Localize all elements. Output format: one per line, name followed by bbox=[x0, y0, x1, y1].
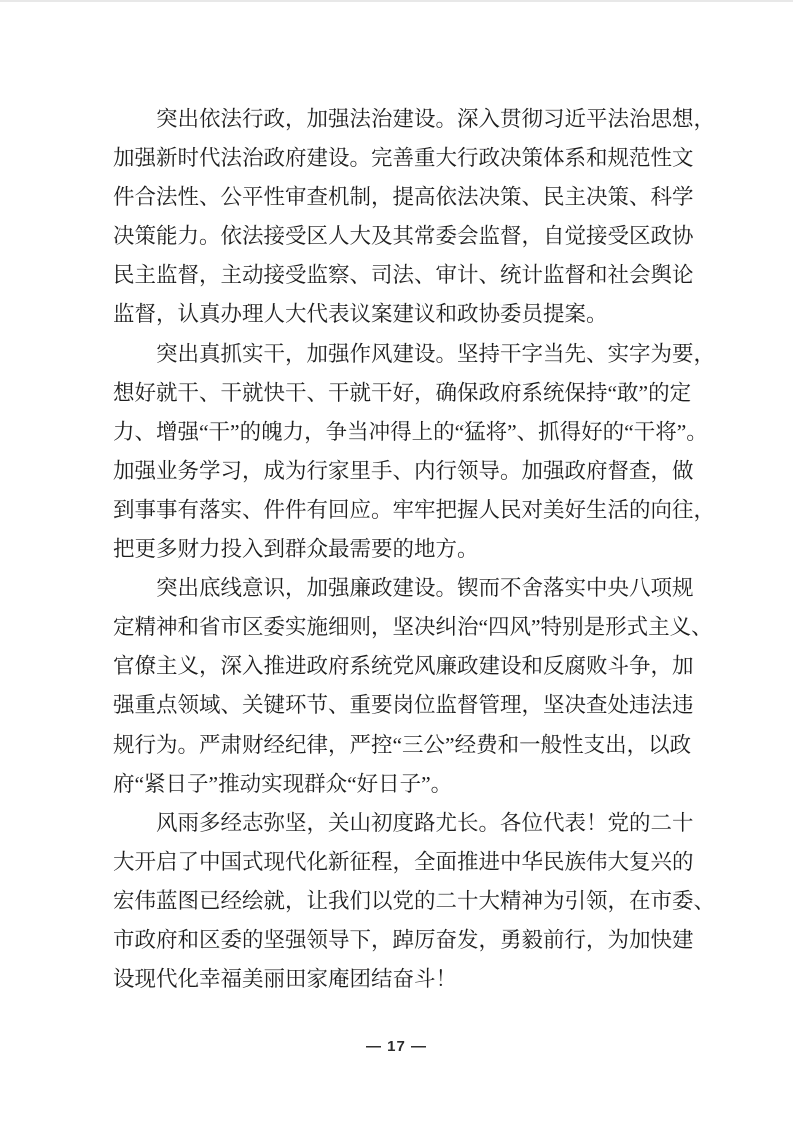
text-line: 监督，认真办理人大代表议案建议和政协委员提案。 bbox=[113, 295, 683, 334]
text-line: 强重点领域、关键环节、重要岗位监督管理，坚决查处违法违 bbox=[113, 686, 683, 725]
page-top-edge bbox=[0, 0, 793, 2]
paragraph-clean-governance: 突出底线意识，加强廉政建设。锲而不舍落实中央八项规 定精神和省市区委实施细则，坚… bbox=[113, 569, 683, 804]
text-line: 市政府和区委的坚强领导下，踔厉奋发，勇毅前行，为加快建 bbox=[113, 921, 683, 960]
text-line: 突出底线意识，加强廉政建设。锲而不舍落实中央八项规 bbox=[113, 569, 683, 608]
text-line: 到事事有落实、件件有回应。牢牢把握人民对美好生活的向往， bbox=[113, 491, 683, 530]
document-body: 突出依法行政，加强法治建设。深入贯彻习近平法治思想， 加强新时代法治政府建设。完… bbox=[113, 100, 683, 999]
text-line: 宏伟蓝图已经绘就，让我们以党的二十大精神为引领，在市委、 bbox=[113, 882, 683, 921]
page-footer: — 17 — bbox=[0, 1038, 793, 1056]
text-line: 加强新时代法治政府建设。完善重大行政决策体系和规范性文 bbox=[113, 139, 683, 178]
text-line: 决策能力。依法接受区人大及其常委会监督，自觉接受区政协 bbox=[113, 217, 683, 256]
text-line: 力、增强“干”的魄力，争当冲得上的“猛将”、抓得好的“干将”。 bbox=[113, 413, 683, 452]
text-line: 想好就干、干就快干、干就干好，确保政府系统保持“敢”的定 bbox=[113, 374, 683, 413]
paragraph-work-style: 突出真抓实干，加强作风建设。坚持干字当先、实字为要， 想好就干、干就快干、干就干… bbox=[113, 335, 683, 570]
text-line: 设现代化幸福美丽田家庵团结奋斗！ bbox=[113, 960, 683, 999]
text-line: 规行为。严肃财经纪律，严控“三公”经费和一般性支出，以政 bbox=[113, 726, 683, 765]
text-line: 民主监督，主动接受监察、司法、审计、统计监督和社会舆论 bbox=[113, 256, 683, 295]
text-line: 官僚主义，深入推进政府系统党风廉政建设和反腐败斗争，加 bbox=[113, 647, 683, 686]
text-line: 府“紧日子”推动实现群众“好日子”。 bbox=[113, 765, 683, 804]
text-line: 加强业务学习，成为行家里手、内行领导。加强政府督查，做 bbox=[113, 452, 683, 491]
text-line: 件合法性、公平性审查机制，提高依法决策、民主决策、科学 bbox=[113, 178, 683, 217]
text-line: 突出真抓实干，加强作风建设。坚持干字当先、实字为要， bbox=[113, 335, 683, 374]
paragraph-law-based-administration: 突出依法行政，加强法治建设。深入贯彻习近平法治思想， 加强新时代法治政府建设。完… bbox=[113, 100, 683, 335]
text-line: 突出依法行政，加强法治建设。深入贯彻习近平法治思想， bbox=[113, 100, 683, 139]
text-line: 把更多财力投入到群众最需要的地方。 bbox=[113, 530, 683, 569]
page-number: — 17 — bbox=[366, 1038, 427, 1055]
document-page: 突出依法行政，加强法治建设。深入贯彻习近平法治思想， 加强新时代法治政府建设。完… bbox=[0, 0, 793, 1122]
text-line: 定精神和省市区委实施细则，坚决纠治“四风”特别是形式主义、 bbox=[113, 608, 683, 647]
paragraph-closing: 风雨多经志弥坚，关山初度路尤长。各位代表！党的二十 大开启了中国式现代化新征程，… bbox=[113, 804, 683, 999]
text-line: 风雨多经志弥坚，关山初度路尤长。各位代表！党的二十 bbox=[113, 804, 683, 843]
text-line: 大开启了中国式现代化新征程，全面推进中华民族伟大复兴的 bbox=[113, 843, 683, 882]
